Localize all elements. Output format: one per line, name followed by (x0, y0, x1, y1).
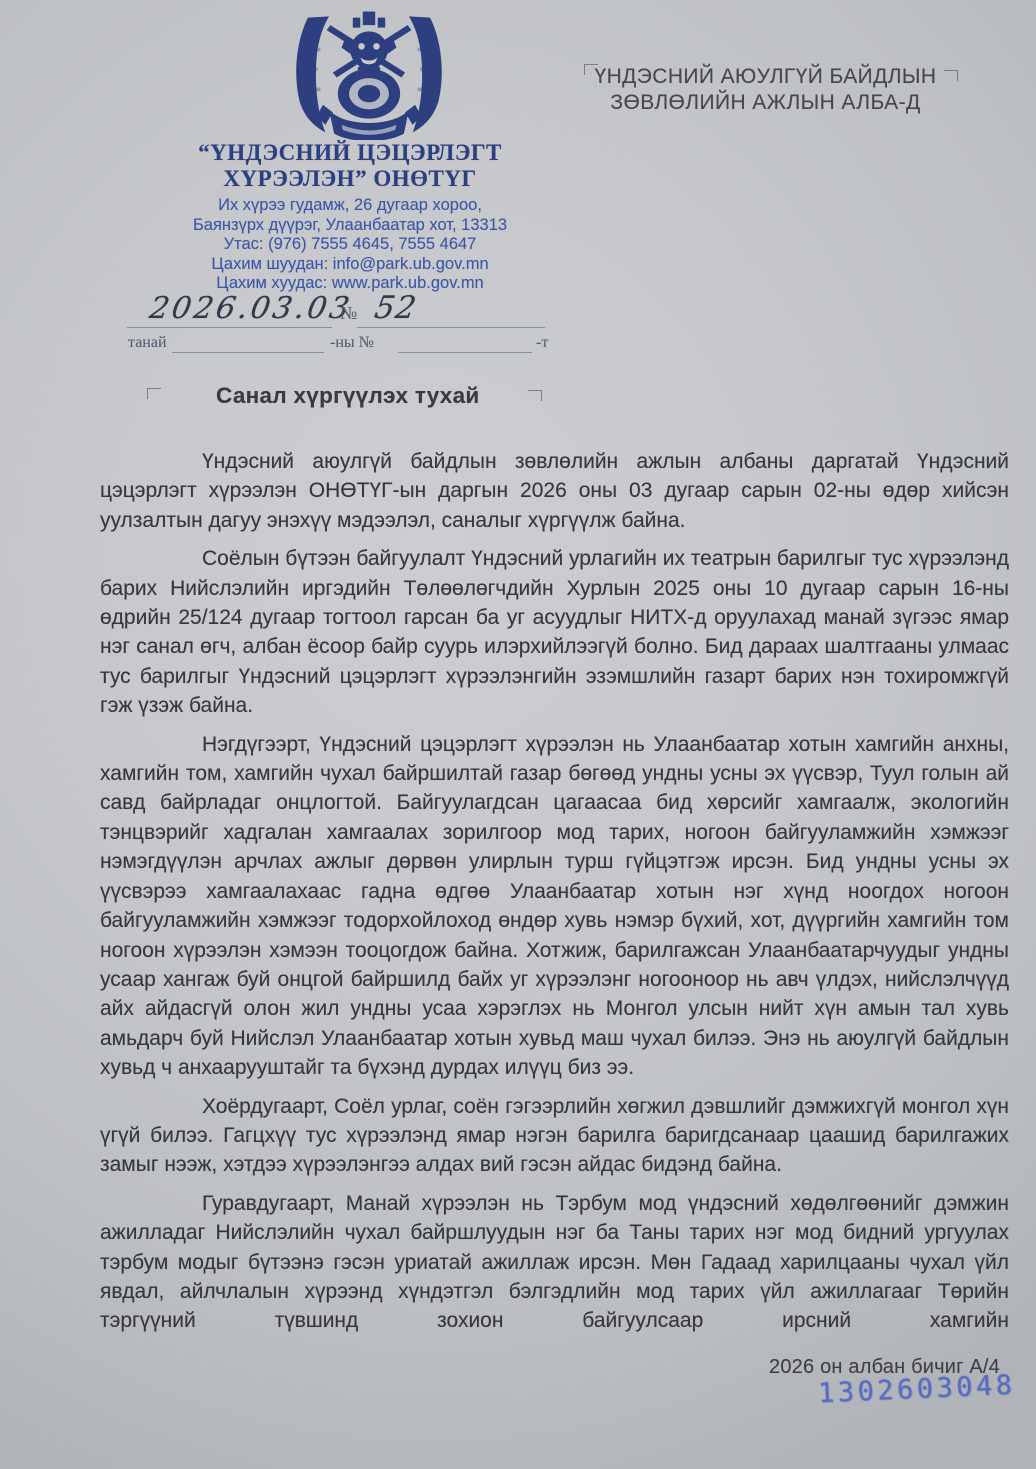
org-address-block: Их хүрээ гудамж, 26 дугаар хороо, Баянзү… (100, 196, 600, 294)
address-line2: Баянзүрх дүүрэг, Улаанбаатар хот, 13313 (100, 216, 600, 236)
ruled-line-your-ref-no (398, 352, 532, 353)
recipient-block: ҮНДЭСНИЙ АЮУЛГҮЙ БАЙДЛЫН ЗӨВЛӨЛИЙН АЖЛЫН… (593, 64, 938, 116)
ruled-line-your-ref (172, 352, 324, 353)
khangarid-emblem-icon (288, 10, 450, 140)
body-paragraph: Нэгдүгээрт, Үндэсний цэцэрлэгт хүрээлэн … (100, 730, 1009, 1083)
scanned-letter-page: “ҮНДЭСНИЙ ЦЭЦЭРЛЭГТ ХҮРЭЭЛЭН” ОНӨТҮГ Их … (0, 0, 1036, 1469)
number-symbol: № (340, 303, 357, 324)
org-name: “ҮНДЭСНИЙ ЦЭЦЭРЛЭГТ ХҮРЭЭЛЭН” ОНӨТҮГ (120, 140, 580, 192)
org-name-line2: ХҮРЭЭЛЭН” ОНӨТҮГ (120, 166, 580, 192)
body-paragraph: Соёлын бүтээн байгуулалт Үндэсний урлаги… (100, 544, 1009, 720)
handwritten-number: 52 (372, 290, 420, 326)
phone-line: Утас: (976) 7555 4645, 7555 4647 (100, 235, 600, 255)
body-paragraph: Хоёрдугаарт, Соёл урлаг, соён гэгээрлийн… (100, 1092, 1009, 1180)
ruled-line-date (127, 327, 332, 328)
ruled-line-number (357, 327, 545, 328)
recipient-line1: ҮНДЭСНИЙ АЮУЛГҮЙ БАЙДЛЫН (593, 64, 938, 90)
recipient-line2: ЗӨВЛӨЛИЙН АЖЛЫН АЛБА-Д (593, 90, 938, 116)
body-paragraph: Үндэсний аюулгүй байдлын зөвлөлийн ажлын… (100, 447, 1009, 535)
corner-mark-subject-right (528, 390, 542, 401)
handwritten-date: 2026.03.03 (147, 291, 355, 326)
corner-mark-top-right (944, 70, 958, 81)
subject-line: Санал хүргүүлэх тухай (216, 383, 480, 409)
letter-body: Үндэсний аюулгүй байдлын зөвлөлийн ажлын… (100, 447, 1009, 1345)
your-ref-suffix-label: -т (536, 334, 548, 352)
your-ref-label: танай (128, 334, 167, 352)
email-line: Цахим шуудан: info@park.ub.gov.mn (100, 255, 600, 275)
corner-mark-subject-left (147, 388, 161, 399)
body-paragraph: Гуравдугаарт, Манай хүрээлэн нь Тэрбум м… (100, 1189, 1009, 1336)
address-line1: Их хүрээ гудамж, 26 дугаар хороо, (100, 196, 600, 216)
org-name-line1: “ҮНДЭСНИЙ ЦЭЦЭРЛЭГТ (120, 140, 580, 166)
your-ref-mid-label: -ны № (330, 334, 374, 352)
